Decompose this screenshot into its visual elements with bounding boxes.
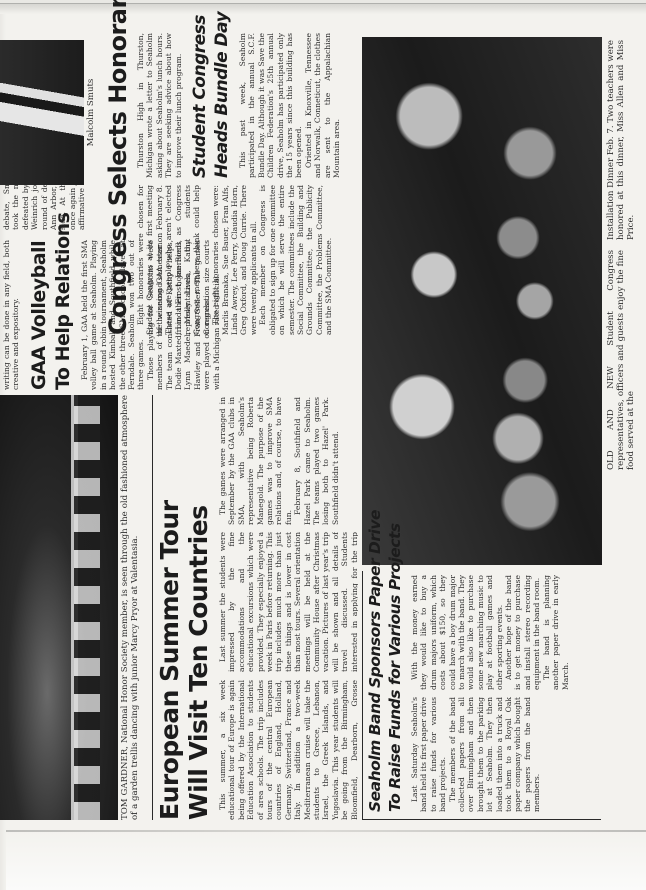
band-paragraph: With the money earned they would like to… (410, 575, 504, 690)
smuts-photo-caption: Malcolm Smuts (86, 40, 96, 185)
gaa-paragraph: February 8, Southfield and Hazel Park ca… (293, 397, 340, 525)
congress-paragraph: Each member on Congress is obligated to … (258, 185, 333, 335)
bundle-headline-1: Student Congress (190, 15, 210, 178)
europe-paragraph: Last summer the students were impressed … (218, 532, 358, 672)
thurston-text: Thurston High in Thurston, Michigan wrot… (136, 33, 183, 178)
bundle-paragraph: This past week, Seaholm participated in … (238, 33, 304, 178)
band-headline-1: Seaholm Band Sponsors Paper Drive (366, 510, 385, 812)
gaa-body-col-2: The games were arranged in September by … (218, 397, 358, 525)
congress-body: Eight honoraries were chosen for Student… (136, 185, 358, 335)
dinner-caption-right: Installation Dinner Feb. 7. Two teachers… (606, 40, 637, 240)
gardner-photo-caption: TOM GARDNER, National Honor Society memb… (120, 395, 140, 820)
installation-dinner-photo (362, 37, 602, 565)
congress-headline: Congress Selects Honoraries (104, 0, 132, 335)
bundle-paragraph: Oriented in Knoxville, Tennessee and Nor… (304, 33, 342, 178)
europe-body-col-1: This summer, a six week educational tour… (218, 680, 358, 820)
europe-body-col-2: Last summer the students were impressed … (218, 532, 358, 672)
smuts-portrait-photo (0, 40, 84, 185)
europe-headline-2: Will Visit Ten Countries (185, 505, 213, 820)
congress-paragraph: The eight honoraries chosen were: Marlis… (211, 185, 258, 335)
page-fold-line (0, 830, 646, 832)
writing-continued-text: writing can be done in any field, both c… (2, 240, 21, 390)
bundle-headline-2: Heads Bundle Day (212, 12, 232, 178)
page-right-edge (0, 0, 646, 14)
bundle-body: This past week, Seaholm participated in … (238, 33, 360, 178)
gaa-headline-2: To Help Relations (52, 213, 74, 390)
newspaper-page: TOM GARDNER, National Honor Society memb… (0, 0, 646, 890)
band-paragraph: The members of the band collected papers… (448, 697, 542, 812)
caption-divider (152, 395, 153, 820)
dinner-caption-left: OLD AND NEW Student Congress representat… (606, 250, 637, 470)
gardner-dance-photo (0, 395, 118, 820)
europe-headline-1: European Summer Tour (156, 500, 184, 820)
band-body-col-1: Last Saturday Seaholm's band held its fi… (410, 697, 600, 812)
europe-paragraph: This summer, a six week educational tour… (218, 680, 358, 820)
page-left-margin (0, 830, 646, 890)
gaa-headline-1: GAA Volleyball (28, 241, 50, 390)
gaa-paragraph: The games were arranged in September by … (218, 397, 293, 525)
band-body-col-2: With the money earned they would like to… (410, 575, 600, 690)
congress-paragraph: Eight honoraries were chosen for Student… (136, 185, 211, 335)
band-paragraph: The band is planning another paper drive… (542, 575, 570, 690)
band-headline-2: To Raise Funds for Various Projects (386, 523, 405, 812)
thurston-paragraph: Thurston High in Thurston, Michigan wrot… (136, 33, 183, 178)
band-paragraph: Last Saturday Seaholm's band held its fi… (410, 697, 448, 812)
band-paragraph: Another hope of the band is to get money… (504, 575, 542, 690)
